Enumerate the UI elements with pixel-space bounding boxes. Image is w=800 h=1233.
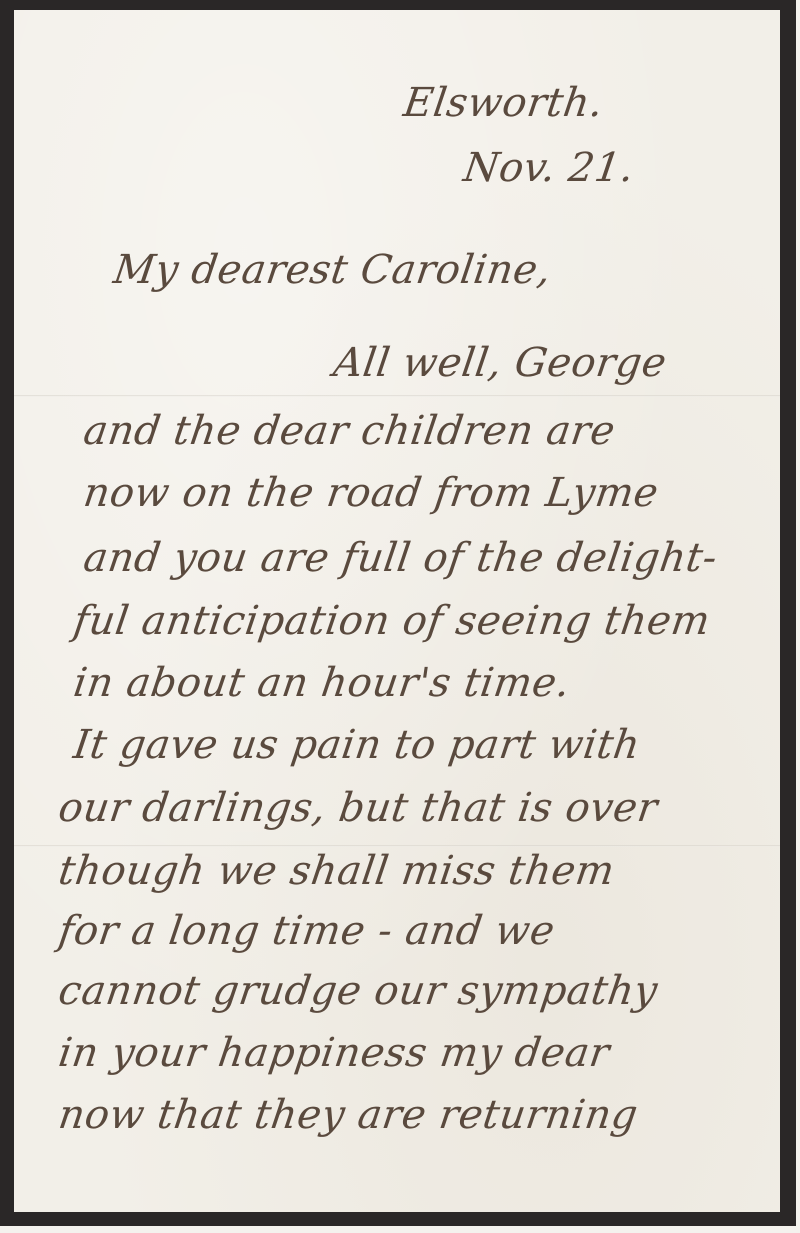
paper-fold-line [14,395,780,397]
letter-line: now that they are returning [56,1092,641,1138]
mourning-border-sheet: Elsworth. Nov. 21. My dearest Caroline, … [0,0,796,1226]
letter-line: and you are full of the delight- [81,535,720,581]
letter-line: cannot grudge our sympathy [56,968,661,1014]
letter-place: Elsworth. [401,80,606,126]
letter-line: ful anticipation of seeing them [71,598,713,644]
letter-line: though we shall miss them [56,848,618,894]
letter-line: in about an hour's time. [71,660,573,706]
letter-line: All well, George [331,340,670,386]
letter-line: our darlings, but that is over [56,785,661,831]
paper-fold-line [14,845,780,847]
letter-line: and the dear children are [81,408,618,454]
letter-date: Nov. 21. [461,145,637,191]
letter-line: now on the road from Lyme [81,470,662,516]
letter-line: in your happiness my dear [56,1030,613,1076]
letter-paper: Elsworth. Nov. 21. My dearest Caroline, … [14,10,780,1212]
letter-greeting: My dearest Caroline, [111,247,554,293]
letter-line: for a long time - and we [56,908,558,954]
letter-line: It gave us pain to part with [71,722,643,768]
